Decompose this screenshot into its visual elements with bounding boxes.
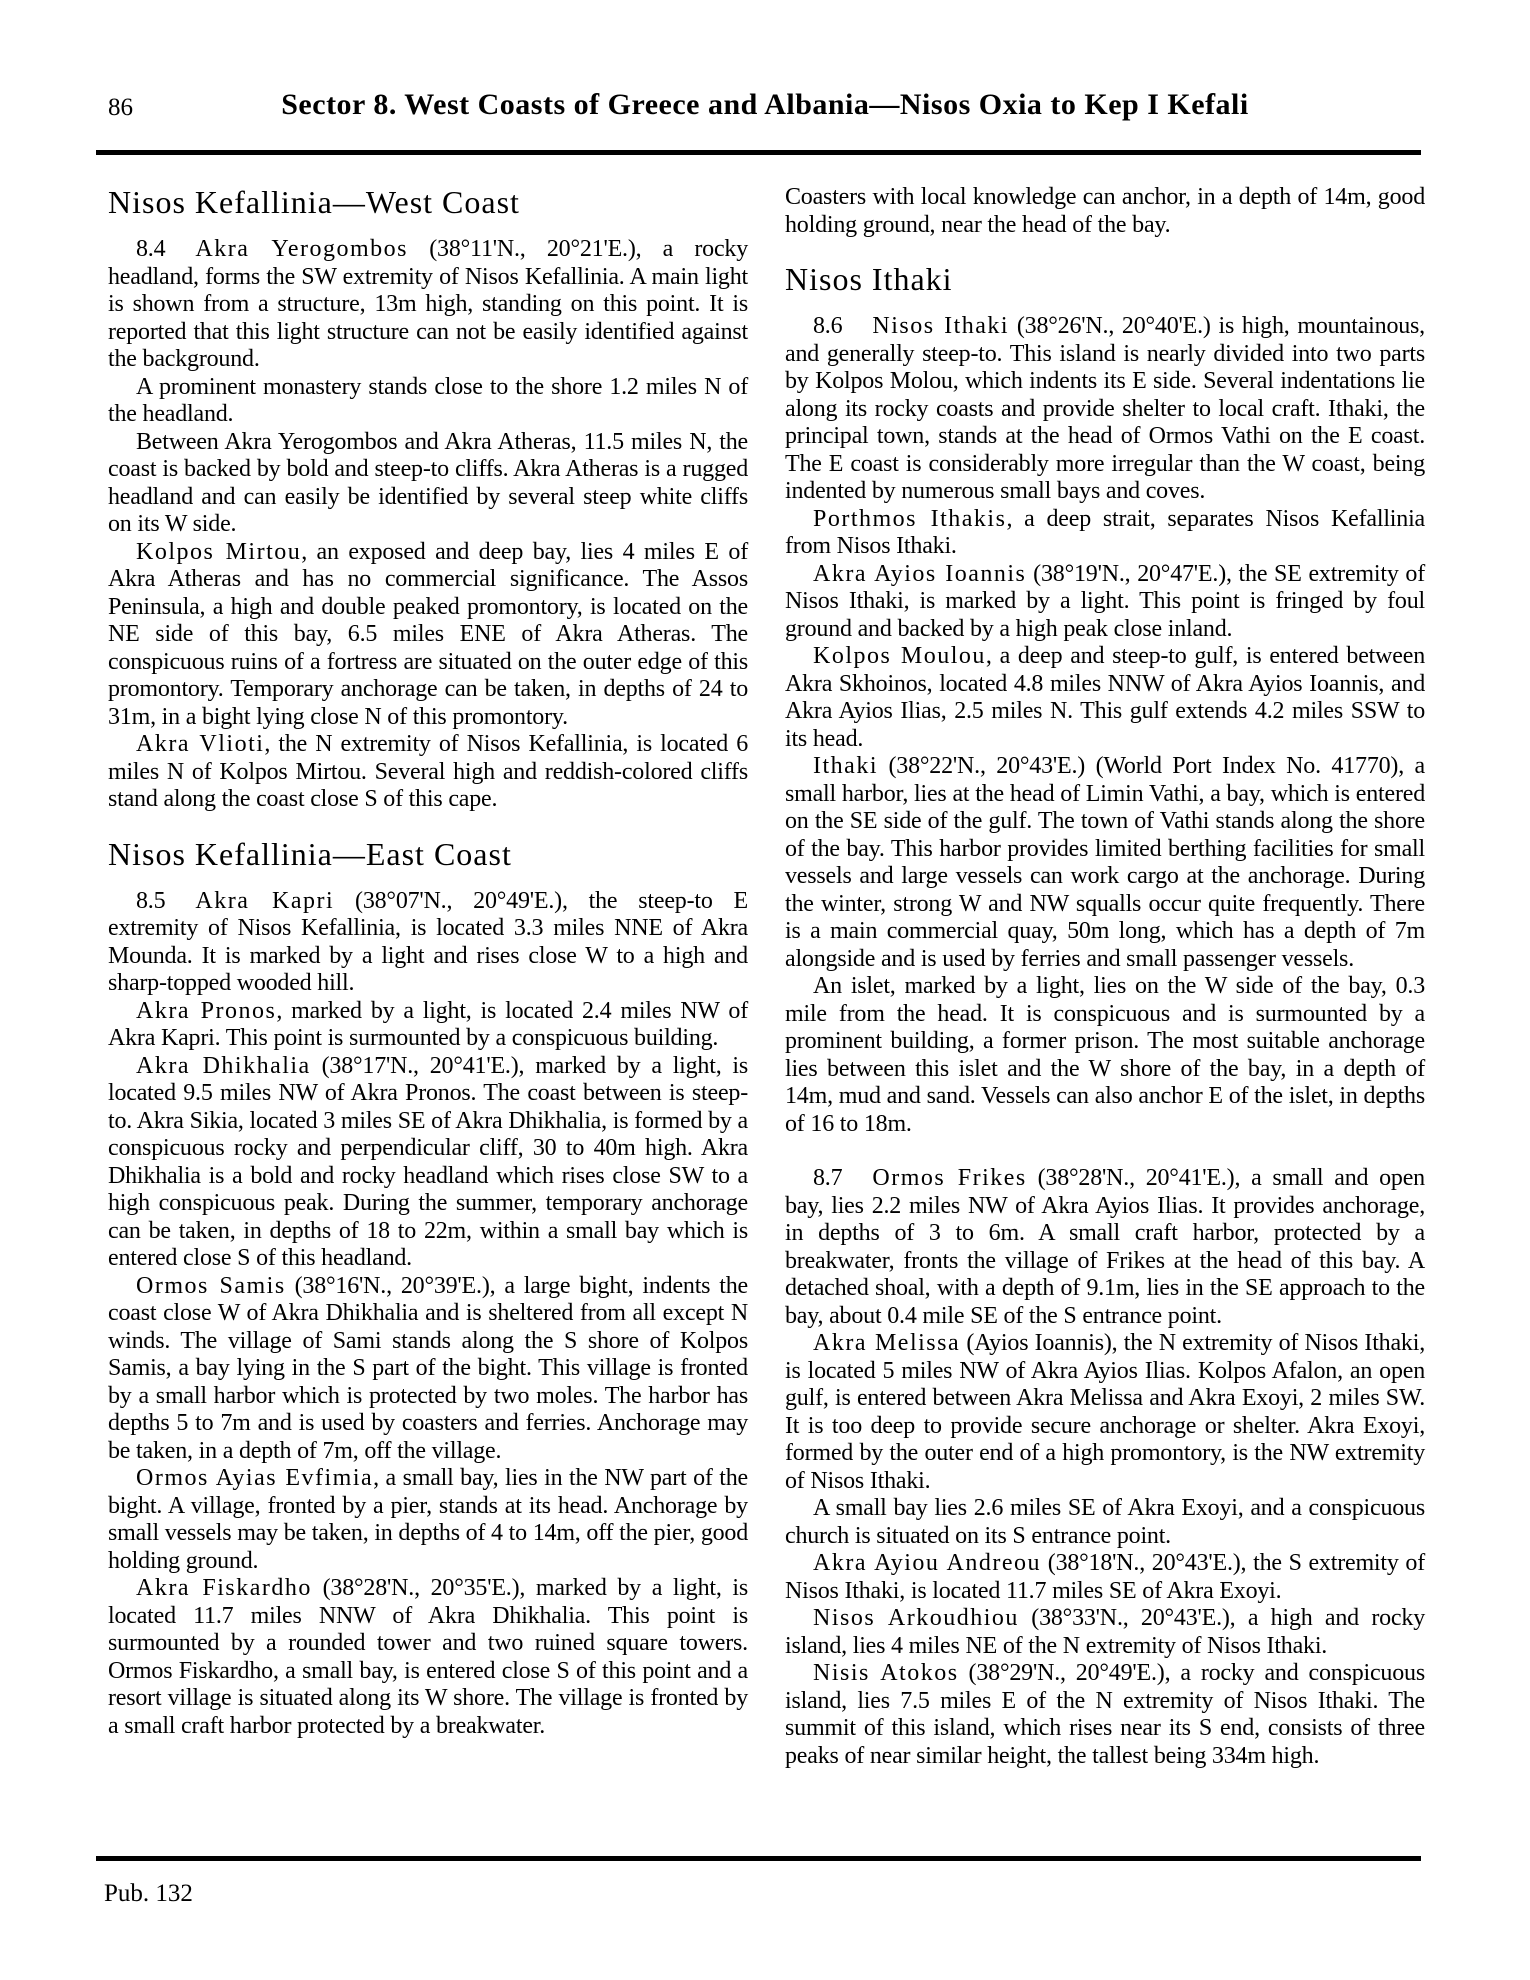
- para-islet-prison: An islet, marked by a light, lies on the…: [785, 973, 1425, 1138]
- feature-name: Kolpos Moulou: [813, 643, 986, 669]
- para-akra-fiskardho: Akra Fiskardho (38°28'N., 20°35'E.), mar…: [108, 1575, 748, 1740]
- paragraph-text: An islet, marked by a light, lies on the…: [785, 973, 1425, 1137]
- para-kolpos-mirtou: Kolpos Mirtou, an exposed and deep bay, …: [108, 539, 748, 732]
- para-nisos-arkoudhiou: Nisos Arkoudhiou (38°33'N., 20°43'E.), a…: [785, 1605, 1425, 1660]
- para-monastery: A prominent monastery stands close to th…: [108, 374, 748, 429]
- para-8-6-nisos-ithaki: 8.6Nisos Ithaki (38°26'N., 20°40'E.) is …: [785, 313, 1425, 506]
- paragraph-text: (38°22'N., 20°43'E.) (World Port Index N…: [785, 753, 1425, 972]
- feature-name: Nisis Atokos: [813, 1660, 959, 1686]
- para-ormos-samis: Ormos Samis (38°16'N., 20°39'E.), a larg…: [108, 1273, 748, 1466]
- feature-name: Akra Pronos: [136, 998, 276, 1024]
- paragraph-number: 8.4: [136, 236, 165, 262]
- para-akra-ayios-ioannis: Akra Ayios Ioannis (38°19'N., 20°47'E.),…: [785, 561, 1425, 644]
- para-akra-ayiou-andreou: Akra Ayiou Andreou (38°18'N., 20°43'E.),…: [785, 1550, 1425, 1605]
- para-akra-dhikhalia: Akra Dhikhalia (38°17'N., 20°41'E.), mar…: [108, 1053, 748, 1273]
- paragraph-number: 8.7: [813, 1165, 842, 1191]
- feature-name: Akra Vlioti: [136, 731, 264, 757]
- para-ithaki-port: Ithaki (38°22'N., 20°43'E.) (World Port …: [785, 753, 1425, 973]
- paragraph-text: A prominent monastery stands close to th…: [108, 374, 748, 428]
- feature-name: Akra Kapri: [195, 888, 334, 914]
- feature-name: Nisos Ithaki: [872, 313, 1009, 339]
- para-between-yerogombos-atheras: Between Akra Yerogombos and Akra Atheras…: [108, 429, 748, 539]
- paragraph-text: Between Akra Yerogombos and Akra Atheras…: [108, 429, 748, 538]
- para-akra-vlioti: Akra Vlioti, the N extremity of Nisos Ke…: [108, 731, 748, 814]
- paragraph-number: 8.5: [136, 888, 165, 914]
- feature-name: Akra Melissa: [813, 1330, 960, 1356]
- footer-rule: [96, 1856, 1421, 1861]
- running-title: Sector 8. West Coasts of Greece and Alba…: [0, 88, 1530, 122]
- para-akra-melissa: Akra Melissa (Ayios Ioannis), the N extr…: [785, 1330, 1425, 1495]
- publication-number: Pub. 132: [104, 1880, 193, 1908]
- feature-name: Akra Ayios Ioannis: [813, 561, 1026, 587]
- section-heading-nisos-ithaki: Nisos Ithaki: [785, 261, 1425, 297]
- para-akra-pronos: Akra Pronos, marked by a light, is locat…: [108, 998, 748, 1053]
- para-nisis-atokos: Nisis Atokos (38°29'N., 20°49'E.), a roc…: [785, 1660, 1425, 1770]
- paragraph-text: (38°17'N., 20°41'E.), marked by a light,…: [108, 1053, 748, 1272]
- paragraph-text: (38°16'N., 20°39'E.), a large bight, ind…: [108, 1273, 748, 1464]
- paragraph-text: A small bay lies 2.6 miles SE of Akra Ex…: [785, 1495, 1425, 1549]
- feature-name: Ormos Frikes: [872, 1165, 1026, 1191]
- two-column-body: Nisos Kefallinia—West Coast 8.4Akra Yero…: [108, 184, 1425, 1770]
- para-coasters-continuation: Coasters with local knowledge can anchor…: [785, 184, 1425, 239]
- feature-name: Ormos Samis: [136, 1273, 286, 1299]
- para-small-bay-church: A small bay lies 2.6 miles SE of Akra Ex…: [785, 1495, 1425, 1550]
- feature-name: Kolpos Mirtou: [136, 539, 301, 565]
- header-rule: [96, 150, 1421, 155]
- para-kolpos-moulou: Kolpos Moulou, a deep and steep-to gulf,…: [785, 643, 1425, 753]
- feature-name: Ormos Ayias Evfimia: [136, 1465, 373, 1491]
- feature-name: Akra Yerogombos: [195, 236, 408, 262]
- section-heading-kefallinia-east-coast: Nisos Kefallinia—East Coast: [108, 836, 748, 872]
- left-column: Nisos Kefallinia—West Coast 8.4Akra Yero…: [108, 184, 748, 1770]
- section-heading-kefallinia-west-coast: Nisos Kefallinia—West Coast: [108, 184, 748, 220]
- right-column: Coasters with local knowledge can anchor…: [785, 184, 1425, 1770]
- feature-name: Akra Fiskardho: [136, 1575, 312, 1601]
- feature-name: Akra Dhikhalia: [136, 1053, 311, 1079]
- para-porthmos-ithakis: Porthmos Ithakis, a deep strait, separat…: [785, 506, 1425, 561]
- feature-name: Akra Ayiou Andreou: [813, 1550, 1041, 1576]
- paragraph-text: Coasters with local knowledge can anchor…: [785, 184, 1425, 238]
- document-page: 86 Sector 8. West Coasts of Greece and A…: [0, 0, 1530, 1980]
- para-8-5-akra-kapri: 8.5Akra Kapri (38°07'N., 20°49'E.), the …: [108, 888, 748, 998]
- paragraph-text: (38°26'N., 20°40'E.) is high, mountainou…: [785, 313, 1425, 504]
- feature-name: Ithaki: [813, 753, 878, 779]
- feature-name: Nisos Arkoudhiou: [813, 1605, 1019, 1631]
- paragraph-text: , an exposed and deep bay, lies 4 miles …: [108, 539, 748, 730]
- feature-name: Porthmos Ithakis: [813, 506, 1006, 532]
- para-ormos-ayias-evfimia: Ormos Ayias Evfimia, a small bay, lies i…: [108, 1465, 748, 1575]
- para-8-7-ormos-frikes: 8.7Ormos Frikes (38°28'N., 20°41'E.), a …: [785, 1165, 1425, 1330]
- paragraph-number: 8.6: [813, 313, 842, 339]
- para-8-4-akra-yerogombos: 8.4Akra Yerogombos (38°11'N., 20°21'E.),…: [108, 236, 748, 374]
